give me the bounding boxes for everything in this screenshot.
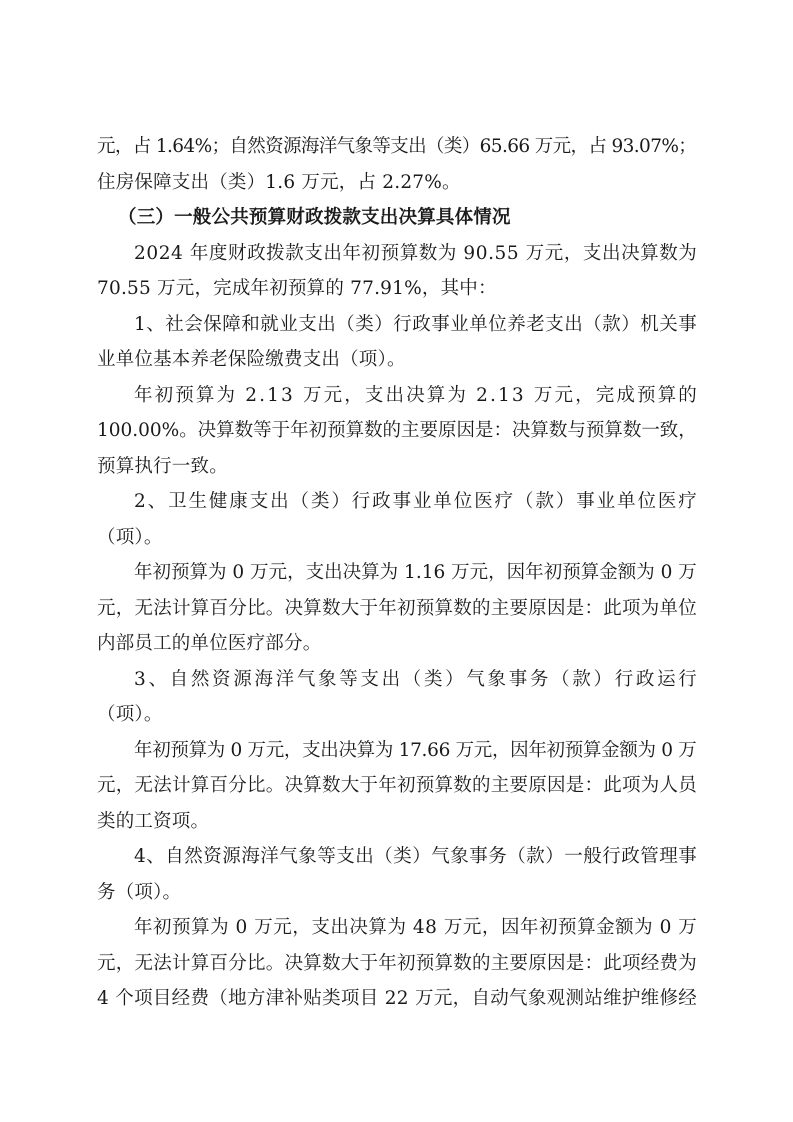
list-item-3-title: 3、自然资源海洋气象等支出（类）气象事务（款）行政运行 — [134, 668, 697, 692]
line-text: 2024 年度财政拨款支出年初预算数为 90.55 万元，支出决算数为 — [134, 243, 697, 264]
heading-text: （三）一般公共预算财政拨款支出决算具体情况 — [118, 207, 511, 228]
line-text: 100.00%。决算数等于年初预算数的主要原因是：决算数与预算数一致， — [97, 420, 697, 441]
paragraph-line: 预算执行一致。 — [97, 455, 697, 479]
list-item-1-title: 1、社会保障和就业支出（类）行政事业单位养老支出（款）机关事 — [134, 313, 697, 337]
line-text: 预算执行一致。 — [97, 456, 228, 477]
line-text: 务（项）。 — [97, 882, 181, 903]
paragraph-line: 100.00%。决算数等于年初预算数的主要原因是：决算数与预算数一致， — [97, 419, 697, 443]
paragraph-line: 年初预算为 0 万元，支出决算为 17.66 万元，因年初预算金额为 0 万 — [134, 739, 697, 763]
line-text: （项）。 — [97, 527, 163, 548]
line-text: 2、卫生健康支出（类）行政事业单位医疗（款）事业单位医疗 — [134, 491, 699, 512]
line-text: 类的工资项。 — [97, 811, 209, 832]
line-text: 4、自然资源海洋气象等支出（类）气象事务（款）一般行政管理事 — [134, 846, 697, 867]
line-text: 年初预算为 0 万元，支出决算为 1.16 万元，因年初预算金额为 0 万 — [134, 562, 697, 583]
line-text: 1、社会保障和就业支出（类）行政事业单位养老支出（款）机关事 — [134, 314, 697, 335]
document-page: 元，占 1.64%；自然资源海洋气象等支出（类）65.66 万元，占 93.07… — [0, 0, 793, 1122]
line-text: 元，无法计算百分比。决算数大于年初预算数的主要原因是：此项经费为 — [97, 953, 697, 974]
paragraph-line: 年初预算为 0 万元，支出决算为 48 万元，因年初预算金额为 0 万 — [134, 916, 697, 940]
paragraph-line: 70.55 万元，完成年初预算的 77.91%，其中： — [97, 277, 697, 301]
line-text: 内部员工的单位医疗部分。 — [97, 633, 321, 654]
paragraph-line: 内部员工的单位医疗部分。 — [97, 632, 697, 656]
paragraph-line: 年初预算为 2.13 万元，支出决算为 2.13 万元，完成预算的 — [134, 384, 697, 408]
paragraph-line: 类的工资项。 — [97, 810, 697, 834]
line-text: 年初预算为 0 万元，支出决算为 48 万元，因年初预算金额为 0 万 — [134, 917, 697, 938]
paragraph-line: 住房保障支出（类）1.6 万元，占 2.27%。 — [97, 171, 697, 195]
paragraph-line: 元，占 1.64%；自然资源海洋气象等支出（类）65.66 万元，占 93.07… — [97, 135, 697, 159]
line-text: 年初预算为 2.13 万元，支出决算为 2.13 万元，完成预算的 — [134, 385, 699, 406]
paragraph-line: 2024 年度财政拨款支出年初预算数为 90.55 万元，支出决算数为 — [134, 242, 697, 266]
line-text: 业单位基本养老保险缴费支出（项）。 — [97, 349, 406, 370]
paragraph-line: 年初预算为 0 万元，支出决算为 1.16 万元，因年初预算金额为 0 万 — [134, 561, 697, 585]
paragraph-line: 元，无法计算百分比。决算数大于年初预算数的主要原因是：此项为单位 — [97, 597, 697, 621]
list-item-4-title: 4、自然资源海洋气象等支出（类）气象事务（款）一般行政管理事 — [134, 845, 697, 869]
paragraph-line: 务（项）。 — [97, 881, 697, 905]
line-text: （项）。 — [97, 704, 163, 725]
paragraph-line: （项）。 — [97, 703, 697, 727]
line-text: 年初预算为 0 万元，支出决算为 17.66 万元，因年初预算金额为 0 万 — [134, 740, 697, 761]
line-text: 70.55 万元，完成年初预算的 77.91%，其中： — [97, 278, 497, 299]
line-text: 元，无法计算百分比。决算数大于年初预算数的主要原因是：此项为人员 — [97, 775, 697, 796]
line-text: 4 个项目经费（地方津补贴类项目 22 万元，自动气象观测站维护维修经 — [97, 988, 697, 1009]
paragraph-line: 业单位基本养老保险缴费支出（项）。 — [97, 348, 697, 372]
line-text: 元，占 1.64%；自然资源海洋气象等支出（类）65.66 万元，占 93.07… — [97, 136, 696, 157]
paragraph-line: （项）。 — [97, 526, 697, 550]
paragraph-line: 4 个项目经费（地方津补贴类项目 22 万元，自动气象观测站维护维修经 — [97, 987, 697, 1011]
paragraph-line: 元，无法计算百分比。决算数大于年初预算数的主要原因是：此项经费为 — [97, 952, 697, 976]
section-heading: （三）一般公共预算财政拨款支出决算具体情况 — [118, 206, 718, 230]
line-text: 元，无法计算百分比。决算数大于年初预算数的主要原因是：此项为单位 — [97, 598, 697, 619]
list-item-2-title: 2、卫生健康支出（类）行政事业单位医疗（款）事业单位医疗 — [134, 490, 697, 514]
paragraph-line: 元，无法计算百分比。决算数大于年初预算数的主要原因是：此项为人员 — [97, 774, 697, 798]
line-text: 住房保障支出（类）1.6 万元，占 2.27%。 — [97, 172, 461, 193]
line-text: 3、自然资源海洋气象等支出（类）气象事务（款）行政运行 — [134, 669, 699, 690]
